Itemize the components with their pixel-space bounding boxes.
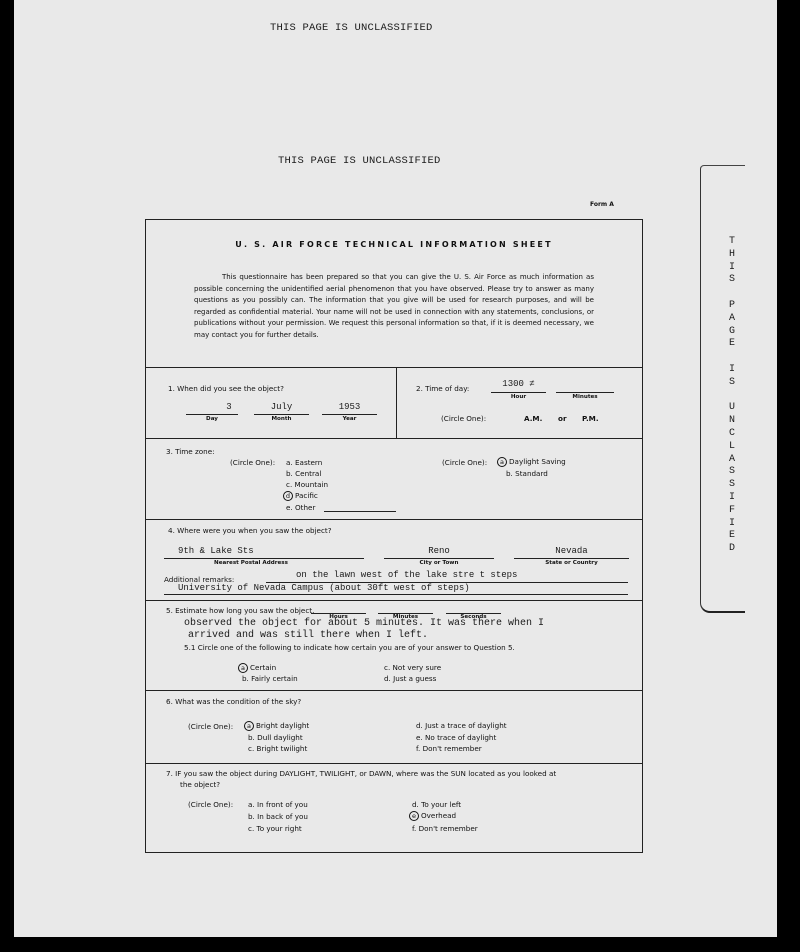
q5-option-certain[interactable]: aCertain [238,663,276,673]
circled-mark: a [244,721,254,731]
q4-city-caption: City or Town [384,560,494,566]
q7-label-cont: the object? [180,780,220,789]
q4-address-caption: Nearest Postal Address [186,560,316,566]
q1-month-caption: Month [254,416,309,422]
q4-remarks-line-2: University of Nevada Campus (about 30ft … [178,583,470,593]
q4-state-line [514,558,629,559]
q4-remarks-underline-2 [164,594,628,595]
q7-option-back[interactable]: b. In back of you [248,812,308,821]
q5-option-just-a-guess[interactable]: d. Just a guess [384,674,436,683]
q2-circle-label: (Circle One): [441,414,486,423]
q4-remarks-line-1: on the lawn west of the lake stre t step… [296,570,517,580]
q6-option-trace-daylight[interactable]: d. Just a trace of daylight [416,721,507,730]
q5-label: 5. Estimate how long you saw the object. [166,606,314,615]
q3-standard[interactable]: b. Standard [506,469,548,478]
q4-state-caption: State or Country [514,560,629,566]
q3-daylight-saving[interactable]: aDaylight Saving [497,457,566,467]
q2-am-option[interactable]: A.M. [524,414,542,423]
classification-banner-side: THIS PAGE IS UNCLASSIFIED [726,236,738,556]
q5-option-not-very-sure[interactable]: c. Not very sure [384,663,441,672]
q3-zone-mountain[interactable]: c. Mountain [286,480,328,489]
q6-option-dont-remember[interactable]: f. Don't remember [416,744,482,753]
classification-banner-top: THIS PAGE IS UNCLASSIFIED [270,22,433,34]
q7-option-right[interactable]: c. To your right [248,824,302,833]
q3-zone-eastern[interactable]: a. Eastern [286,458,322,467]
q2-hour-value: 1300 ≠ [491,379,546,389]
q6-circle-label: (Circle One): [188,722,233,731]
circled-mark: a [497,457,507,467]
q2-minutes-caption: Minutes [556,394,614,400]
q1-day-line [186,414,238,415]
q3-zone-central[interactable]: b. Central [286,469,321,478]
q2-label: 2. Time of day: [416,384,469,393]
q4-city-line [384,558,494,559]
q3-zone-other[interactable]: e. Other [286,503,315,512]
q1-day-value: 3 [204,402,254,412]
q2-hour-caption: Hour [491,394,546,400]
q7-circle-label: (Circle One): [188,800,233,809]
section-q4: 4. Where were you when you saw the objec… [146,520,642,601]
circled-mark: d [283,491,293,501]
q1-month-value: July [254,402,309,412]
form-intro: This questionnaire has been prepared so … [194,272,594,341]
q2-hour-line [491,392,546,393]
technical-information-sheet: U. S. AIR FORCE TECHNICAL INFORMATION SH… [145,219,643,853]
form-header: U. S. AIR FORCE TECHNICAL INFORMATION SH… [146,220,642,368]
q7-option-front[interactable]: a. In front of you [248,800,308,809]
q3-other-line [324,511,396,512]
q4-city-value: Reno [384,546,494,556]
q1-month-line [254,414,309,415]
q1-year-caption: Year [322,416,377,422]
q6-option-no-trace[interactable]: e. No trace of daylight [416,733,496,742]
side-bracket [700,165,745,613]
circled-mark: e [409,811,419,821]
classification-banner-second: THIS PAGE IS UNCLASSIFIED [278,155,441,167]
q7-option-left[interactable]: d. To your left [412,800,461,809]
section-q1-q2: 1. When did you see the object? 3 Day Ju… [146,368,642,439]
q5-answer-line-1: observed the object for about 5 minutes.… [184,618,544,629]
q1-year-value: 1953 [322,402,377,412]
section-q7: 7. IF you saw the object during DAYLIGHT… [146,764,642,850]
q3-zone-pacific[interactable]: dPacific [283,491,318,501]
q3-circle-label: (Circle One): [230,458,275,467]
q4-address-value: 9th & Lake Sts [178,546,254,556]
q5-option-fairly-certain[interactable]: b. Fairly certain [242,674,298,683]
q4-address-line [164,558,364,559]
q6-option-bright-twilight[interactable]: c. Bright twilight [248,744,307,753]
q7-option-dont-remember[interactable]: f. Don't remember [412,824,478,833]
q2-minutes-line [556,392,614,393]
q4-state-value: Nevada [514,546,629,556]
circled-mark: a [238,663,248,673]
section-q5: 5. Estimate how long you saw the object.… [146,601,642,691]
section-q3: 3. Time zone: (Circle One): a. Eastern b… [146,439,642,520]
form-title: U. S. AIR FORCE TECHNICAL INFORMATION SH… [146,240,642,249]
q4-label: 4. Where were you when you saw the objec… [168,526,332,535]
divider [396,368,397,438]
q2-pm-option[interactable]: P.M. [582,414,599,423]
q3-label: 3. Time zone: [166,447,215,456]
q1-year-line [322,414,377,415]
q1-label: 1. When did you see the object? [168,384,284,393]
q7-label: 7. IF you saw the object during DAYLIGHT… [166,769,556,778]
q6-option-bright-daylight[interactable]: aBright daylight [244,721,309,731]
q5-1-label: 5.1 Circle one of the following to indic… [184,643,515,652]
q1-day-caption: Day [186,416,238,422]
q6-label: 6. What was the condition of the sky? [166,697,301,706]
q7-option-overhead[interactable]: eOverhead [409,811,456,821]
q3-circle-label-2: (Circle One): [442,458,487,467]
section-q6: 6. What was the condition of the sky? (C… [146,691,642,764]
q2-or: or [558,414,566,423]
form-label: Form A [590,201,614,208]
q6-option-dull-daylight[interactable]: b. Dull daylight [248,733,303,742]
q5-answer-line-2: arrived and was still there when I left. [188,630,428,641]
